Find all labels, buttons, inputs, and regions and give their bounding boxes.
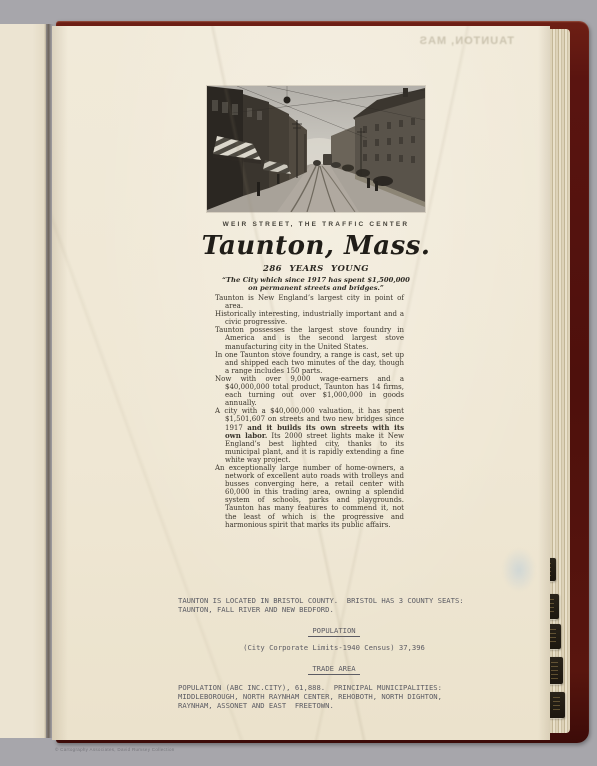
typed-line: RAYNHAM, ASSONET AND EAST FREETOWN. [178,701,490,710]
typewritten-note: TAUNTON IS LOCATED IN BRISTOL COUNTY. BR… [178,596,490,710]
paragraph: In one Taunton stove foundry, a range is… [215,351,404,375]
index-tab [548,692,565,718]
typed-line: TAUNTON IS LOCATED IN BRISTOL COUNTY. BR… [178,596,490,605]
copyright-watermark: © Cartography Associates, David Rumsey C… [55,747,175,752]
scanned-book-page: TAUNTON, MAS [0,0,597,766]
photo-caption: WEIR STREET, THE TRAFFIC CENTER [166,221,466,228]
page-subtitle: 286 YEARS YOUNG [166,264,466,274]
paragraph: Taunton is New England’s largest city in… [215,294,404,310]
paragraph: An exceptionally large number of home-ow… [215,464,404,529]
paragraph: Now with over 9,000 wage-earners and a $… [215,375,404,407]
street-photo [207,86,425,212]
typed-line: TAUNTON, FALL RIVER AND NEW BEDFORD. [178,605,490,614]
trade-area-heading: TRADE AREA [178,664,490,675]
book-page: TAUNTON, MAS [52,26,550,740]
population-heading: POPULATION [178,626,490,637]
bleedthrough-text: TAUNTON, MAS [384,35,514,47]
epigraph-quote: “The City which since 1917 has spent $1,… [166,276,466,292]
left-page-edge [0,24,46,738]
quote-line: “The City which since 1917 has spent $1,… [166,276,466,284]
typed-line: MIDDLEBOROUGH, NORTH RAYNHAM CENTER, REH… [178,692,490,701]
quote-line: on permanent streets and bridges.” [166,284,466,292]
paragraph-with-bold: A city with a $40,000,000 valuation, it … [215,407,404,464]
trade-area-heading-label: TRADE AREA [308,664,359,675]
typed-line: POPULATION (ABC INC.CITY), 61,888. PRINC… [178,683,490,692]
page-smudge [502,548,536,592]
article-body: Taunton is New England’s largest city in… [215,294,404,529]
street-photo-illustration [207,86,425,212]
paragraph: Historically interesting, industrially i… [215,310,404,326]
population-heading-label: POPULATION [308,626,359,637]
page-title: Taunton, Mass. [116,231,516,261]
paragraph: Taunton possesses the largest stove foun… [215,326,404,350]
population-value: (City Corporate Limits-1940 Census) 37,3… [178,643,490,652]
